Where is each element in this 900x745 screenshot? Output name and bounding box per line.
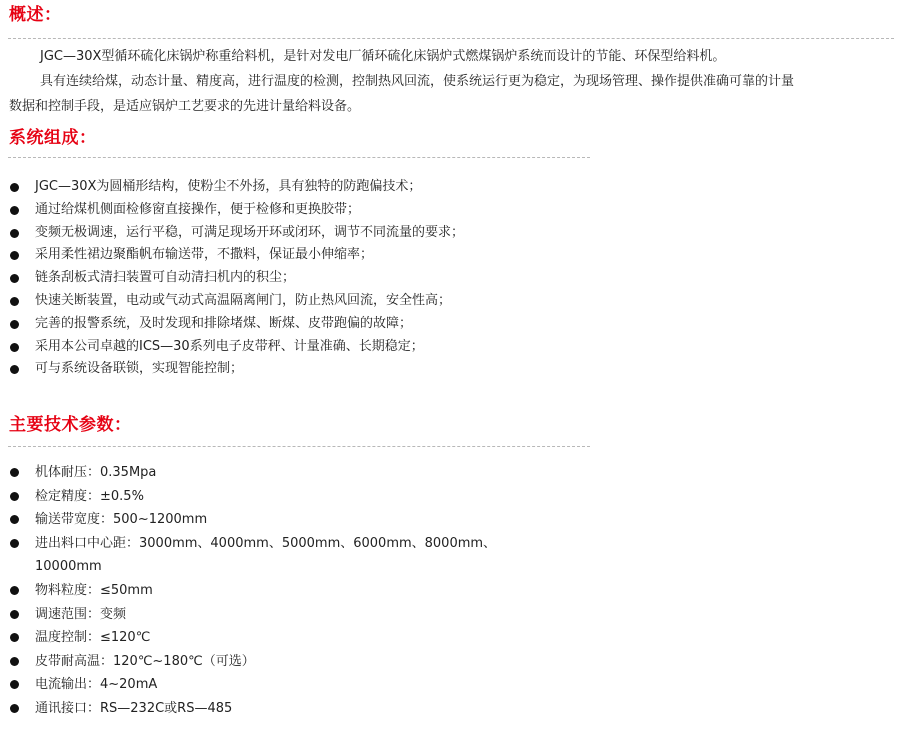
list-item: 采用本公司卓越的ICS—30系列电子皮带秤、计量准确、长期稳定； [9, 336, 464, 359]
bullet-icon [10, 610, 19, 619]
list-item-text: 输送带宽度：500~1200mm [35, 512, 207, 527]
list-item: 输送带宽度：500~1200mm [9, 508, 496, 532]
list-item-text: 进出料口中心距：3000mm、4000mm、5000mm、6000mm、8000… [35, 536, 496, 551]
bullet-icon [10, 468, 19, 477]
list-item: 电流输出：4~20mA [9, 673, 496, 697]
bullet-icon [10, 206, 19, 215]
list-item: 调速范围：变频 [9, 603, 496, 627]
specs-title: 主要技术参数： [9, 414, 132, 436]
bullet-icon [10, 680, 19, 689]
overview-paragraph-1: JGC—30X型循环硫化床锅炉称重给料机，是针对发电厂循环硫化床锅炉式燃煤锅炉系… [9, 46, 894, 68]
bullet-icon [10, 320, 19, 329]
overview-paragraph-2: 具有连续给煤，动态计量、精度高，进行温度的检测，控制热风回流，使系统运行更为稳定… [9, 71, 894, 93]
list-item-text: 采用本公司卓越的ICS—30系列电子皮带秤、计量准确、长期稳定； [35, 339, 424, 354]
specs-list: 机体耐压：0.35Mpa 检定精度：±0.5% 输送带宽度：500~1200mm… [9, 461, 496, 721]
bullet-icon [10, 633, 19, 642]
bullet-icon [10, 274, 19, 283]
list-item-text: 可与系统设备联锁，实现智能控制； [35, 361, 243, 376]
bullet-icon [10, 539, 19, 548]
list-item: 机体耐压：0.35Mpa [9, 461, 496, 485]
list-item: 链条刮板式清扫装置可自动清扫机内的积尘； [9, 267, 464, 290]
list-item-text: 完善的报警系统，及时发现和排除堵煤、断煤、皮带跑偏的故障； [35, 316, 412, 331]
list-item-text: 温度控制：≤120℃ [35, 630, 150, 645]
list-item: 快速关断装置，电动或气动式高温隔离闸门，防止热风回流，安全性高； [9, 290, 464, 313]
list-item: JGC—30X为圆桶形结构，使粉尘不外扬，具有独特的防跑偏技术； [9, 176, 464, 199]
bullet-icon [10, 704, 19, 713]
bullet-icon [10, 365, 19, 374]
list-item: 通讯接口：RS—232C或RS—485 [9, 697, 496, 721]
list-item: 完善的报警系统，及时发现和排除堵煤、断煤、皮带跑偏的故障； [9, 313, 464, 336]
list-item: 检定精度：±0.5% [9, 485, 496, 509]
list-item-continuation: 10000mm [9, 555, 496, 579]
specs-divider [8, 446, 590, 447]
list-item-text: 10000mm [35, 559, 102, 574]
overview-text-3: 数据和控制手段，是适应锅炉工艺要求的先进计量给料设备。 [9, 99, 360, 114]
list-item: 采用柔性裙边聚酯帆布输送带，不撒料，保证最小伸缩率； [9, 244, 464, 267]
bullet-icon [10, 297, 19, 306]
bullet-icon [10, 515, 19, 524]
bullet-icon [10, 657, 19, 666]
list-item: 皮带耐高温：120℃~180℃（可选） [9, 650, 496, 674]
list-item-text: 皮带耐高温：120℃~180℃（可选） [35, 654, 255, 669]
list-item-text: 调速范围：变频 [35, 607, 126, 622]
list-item-text: 采用柔性裙边聚酯帆布输送带，不撒料，保证最小伸缩率； [35, 247, 373, 262]
overview-text-2: 具有连续给煤，动态计量、精度高，进行温度的检测，控制热风回流，使系统运行更为稳定… [40, 74, 794, 89]
list-item-text: 物料粒度：≤50mm [35, 583, 153, 598]
list-item-text: 检定精度：±0.5% [35, 489, 144, 504]
system-list: JGC—30X为圆桶形结构，使粉尘不外扬，具有独特的防跑偏技术； 通过给煤机侧面… [9, 176, 464, 381]
list-item-text: 电流输出：4~20mA [35, 677, 157, 692]
list-item-text: 变频无极调速，运行平稳，可满足现场开环或闭环，调节不同流量的要求； [35, 225, 464, 240]
bullet-icon [10, 586, 19, 595]
bullet-icon [10, 492, 19, 501]
overview-text-1: JGC—30X型循环硫化床锅炉称重给料机，是针对发电厂循环硫化床锅炉式燃煤锅炉系… [40, 49, 725, 64]
list-item-text: JGC—30X为圆桶形结构，使粉尘不外扬，具有独特的防跑偏技术； [35, 179, 421, 194]
list-item-text: 机体耐压：0.35Mpa [35, 465, 156, 480]
list-item-text: 通过给煤机侧面检修窗直接操作，便于检修和更换胶带； [35, 202, 360, 217]
list-item: 进出料口中心距：3000mm、4000mm、5000mm、6000mm、8000… [9, 532, 496, 556]
list-item: 物料粒度：≤50mm [9, 579, 496, 603]
bullet-icon [10, 229, 19, 238]
bullet-icon [10, 343, 19, 352]
overview-divider [8, 38, 894, 39]
bullet-icon [10, 251, 19, 260]
list-item: 变频无极调速，运行平稳，可满足现场开环或闭环，调节不同流量的要求； [9, 222, 464, 245]
list-item: 通过给煤机侧面检修窗直接操作，便于检修和更换胶带； [9, 199, 464, 222]
overview-paragraph-3: 数据和控制手段，是适应锅炉工艺要求的先进计量给料设备。 [9, 96, 894, 118]
overview-title: 概述： [9, 4, 62, 26]
system-divider [8, 157, 590, 158]
list-item-text: 通讯接口：RS—232C或RS—485 [35, 701, 232, 716]
system-title: 系统组成： [9, 127, 97, 149]
bullet-icon [10, 183, 19, 192]
list-item: 温度控制：≤120℃ [9, 626, 496, 650]
list-item-text: 链条刮板式清扫装置可自动清扫机内的积尘； [35, 270, 295, 285]
list-item: 可与系统设备联锁，实现智能控制； [9, 358, 464, 381]
list-item-text: 快速关断装置，电动或气动式高温隔离闸门，防止热风回流，安全性高； [35, 293, 451, 308]
